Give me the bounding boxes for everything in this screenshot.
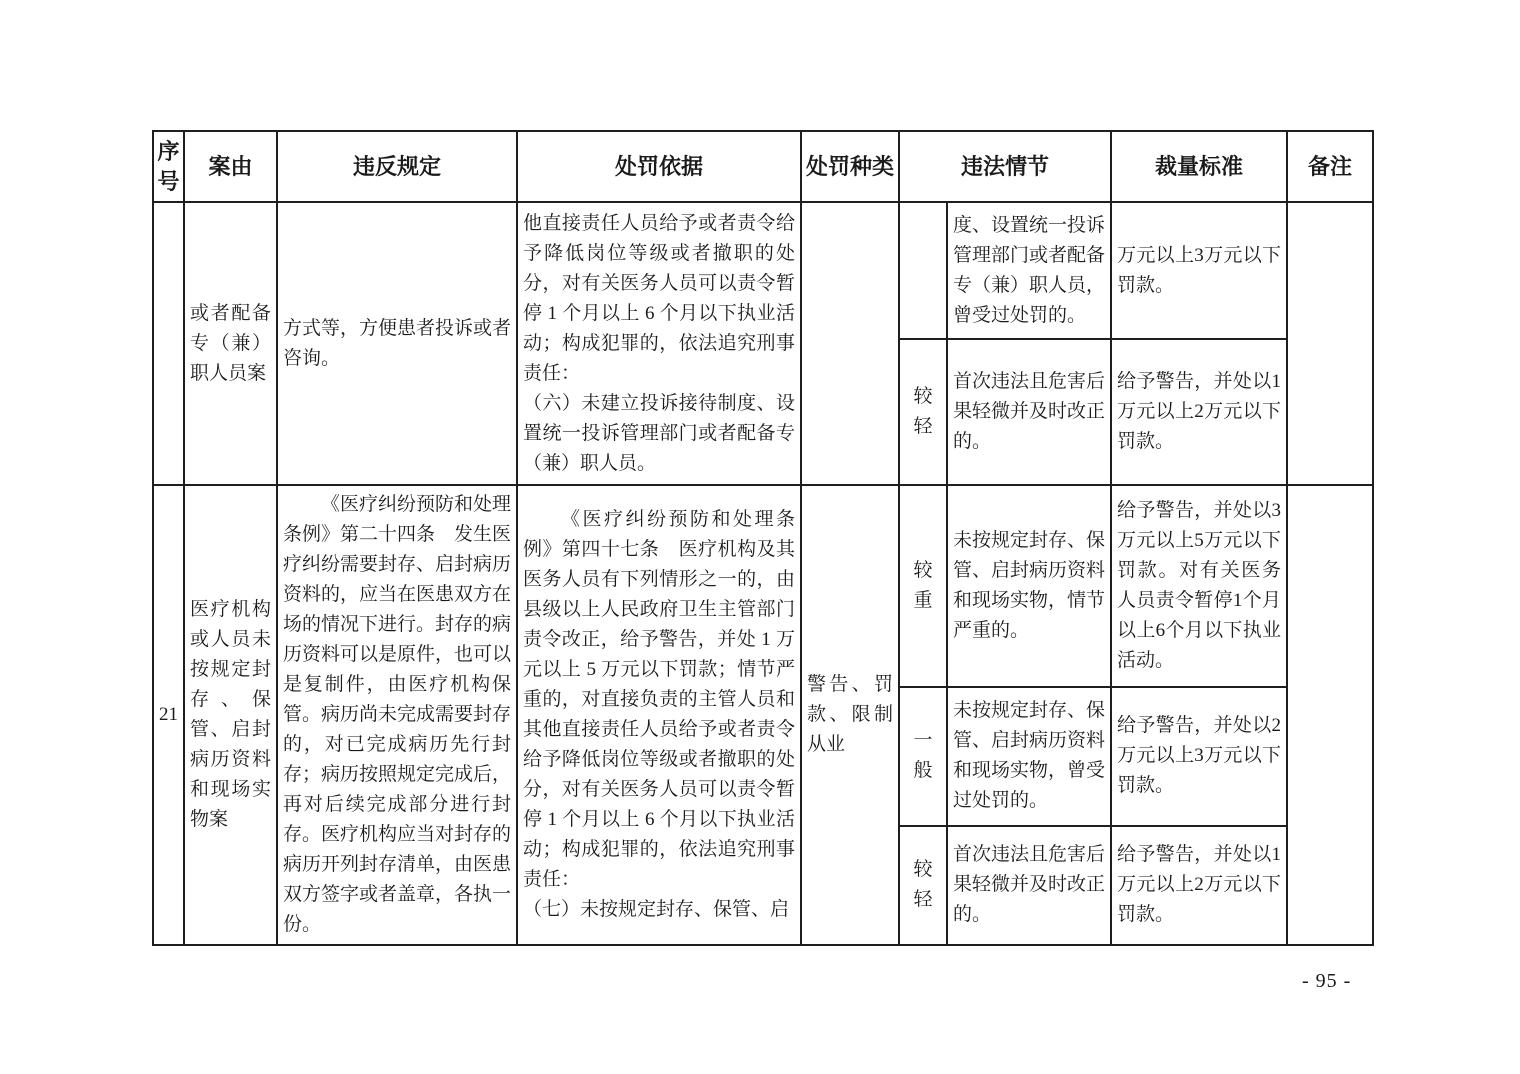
header-case: 案由 xyxy=(184,131,277,202)
header-basis: 处罚依据 xyxy=(517,131,801,202)
cell-basis: 他直接责任人员给予或者责令给予降低岗位等级或者撤职的处分，对有关医务人员可以责令… xyxy=(517,202,801,485)
cell-circumstance: 首次违法且危害后果轻微并及时改正的。 xyxy=(947,339,1111,485)
cell-note xyxy=(1287,485,1373,945)
circumstance-text: 度、设置统一投诉管理部门或者配备专（兼）职人员，曾受过处罚的。 xyxy=(953,211,1105,331)
severity-cell: 一般 xyxy=(899,687,947,826)
standard-text: 万元以上3万元以下罚款。 xyxy=(1117,241,1281,301)
basis-paragraph-1: 《医疗纠纷预防和处理条例》第四十七条 医疗机构及其医务人员有下列情形之一的，由县… xyxy=(523,505,795,895)
case-text: 医疗机构或人员未按规定封存、保管、启封病历资料和现场实物案 xyxy=(190,595,271,835)
cell-standard: 万元以上3万元以下罚款。 xyxy=(1111,202,1287,339)
cell-violation: 《医疗纠纷预防和处理条例》第二十四条 发生医疗纠纷需要封存、启封病历资料的，应当… xyxy=(277,485,517,945)
cell-seq xyxy=(153,202,184,485)
standard-text: 给予警告，并处以1万元以上2万元以下罚款。 xyxy=(1117,367,1281,457)
document-page: { "page": { "number_label": "- 95 -" }, … xyxy=(0,0,1520,1074)
cell-case: 或者配备专（兼）职人员案 xyxy=(184,202,277,485)
cell-circumstance: 首次违法且危害后果轻微并及时改正的。 xyxy=(947,826,1111,945)
circumstance-text: 未按规定封存、保管、启封病历资料和现场实物，曾受过处罚的。 xyxy=(953,696,1105,816)
header-note: 备注 xyxy=(1287,131,1373,202)
severity-cell: 较轻 xyxy=(899,339,947,485)
table-row: 或者配备专（兼）职人员案 方式等，方便患者投诉或者咨询。 他直接责任人员给予或者… xyxy=(153,202,1373,339)
header-type: 处罚种类 xyxy=(801,131,899,202)
cell-circumstance: 未按规定封存、保管、启封病历资料和现场实物，情节严重的。 xyxy=(947,485,1111,687)
case-text: 或者配备专（兼）职人员案 xyxy=(190,299,271,389)
penalty-type-text: 警告、罚款、限制从业 xyxy=(807,670,893,760)
standard-text: 给予警告，并处以1万元以上2万元以下罚款。 xyxy=(1117,840,1281,930)
cell-penalty-type xyxy=(801,202,899,485)
circumstance-text: 未按规定封存、保管、启封病历资料和现场实物，情节严重的。 xyxy=(953,526,1105,646)
severity-cell: 较轻 xyxy=(899,826,947,945)
violation-text: 方式等，方便患者投诉或者咨询。 xyxy=(283,314,511,374)
cell-standard: 给予警告，并处以1万元以上2万元以下罚款。 xyxy=(1111,339,1287,485)
header-seq: 序号 xyxy=(153,131,184,202)
header-circumstance: 违法情节 xyxy=(899,131,1111,202)
header-violation: 违反规定 xyxy=(277,131,517,202)
circumstance-text: 首次违法且危害后果轻微并及时改正的。 xyxy=(953,840,1105,930)
cell-note xyxy=(1287,202,1373,485)
violation-text: 《医疗纠纷预防和处理条例》第二十四条 发生医疗纠纷需要封存、启封病历资料的，应当… xyxy=(283,490,511,940)
cell-standard: 给予警告，并处以1万元以上2万元以下罚款。 xyxy=(1111,826,1287,945)
penalty-standards-table: 序号 案由 违反规定 处罚依据 处罚种类 违法情节 裁量标准 备注 或者配备专（… xyxy=(152,130,1374,946)
cell-basis: 《医疗纠纷预防和处理条例》第四十七条 医疗机构及其医务人员有下列情形之一的，由县… xyxy=(517,485,801,945)
cell-violation: 方式等，方便患者投诉或者咨询。 xyxy=(277,202,517,485)
cell-circumstance: 度、设置统一投诉管理部门或者配备专（兼）职人员，曾受过处罚的。 xyxy=(947,202,1111,339)
cell-case: 医疗机构或人员未按规定封存、保管、启封病历资料和现场实物案 xyxy=(184,485,277,945)
table-row: 21 医疗机构或人员未按规定封存、保管、启封病历资料和现场实物案 《医疗纠纷预防… xyxy=(153,485,1373,687)
header-standard: 裁量标准 xyxy=(1111,131,1287,202)
basis-paragraph-1: 他直接责任人员给予或者责令给予降低岗位等级或者撤职的处分，对有关医务人员可以责令… xyxy=(523,209,795,389)
cell-penalty-type: 警告、罚款、限制从业 xyxy=(801,485,899,945)
cell-seq: 21 xyxy=(153,485,184,945)
cell-circumstance: 未按规定封存、保管、启封病历资料和现场实物，曾受过处罚的。 xyxy=(947,687,1111,826)
page-number: - 95 - xyxy=(1302,970,1351,993)
standard-text: 给予警告，并处以3万元以上5万元以下罚款。对有关医务人员责令暂停1个月以上6个月… xyxy=(1117,496,1281,676)
basis-paragraph-2: （六）未建立投诉接待制度、设置统一投诉管理部门或者配备专（兼）职人员。 xyxy=(523,389,795,479)
table-header-row: 序号 案由 违反规定 处罚依据 处罚种类 违法情节 裁量标准 备注 xyxy=(153,131,1373,202)
severity-cell xyxy=(899,202,947,339)
basis-paragraph-2: （七）未按规定封存、保管、启 xyxy=(523,895,795,925)
cell-standard: 给予警告，并处以2万元以上3万元以下罚款。 xyxy=(1111,687,1287,826)
circumstance-text: 首次违法且危害后果轻微并及时改正的。 xyxy=(953,367,1105,457)
standard-text: 给予警告，并处以2万元以上3万元以下罚款。 xyxy=(1117,711,1281,801)
severity-cell: 较重 xyxy=(899,485,947,687)
cell-standard: 给予警告，并处以3万元以上5万元以下罚款。对有关医务人员责令暂停1个月以上6个月… xyxy=(1111,485,1287,687)
